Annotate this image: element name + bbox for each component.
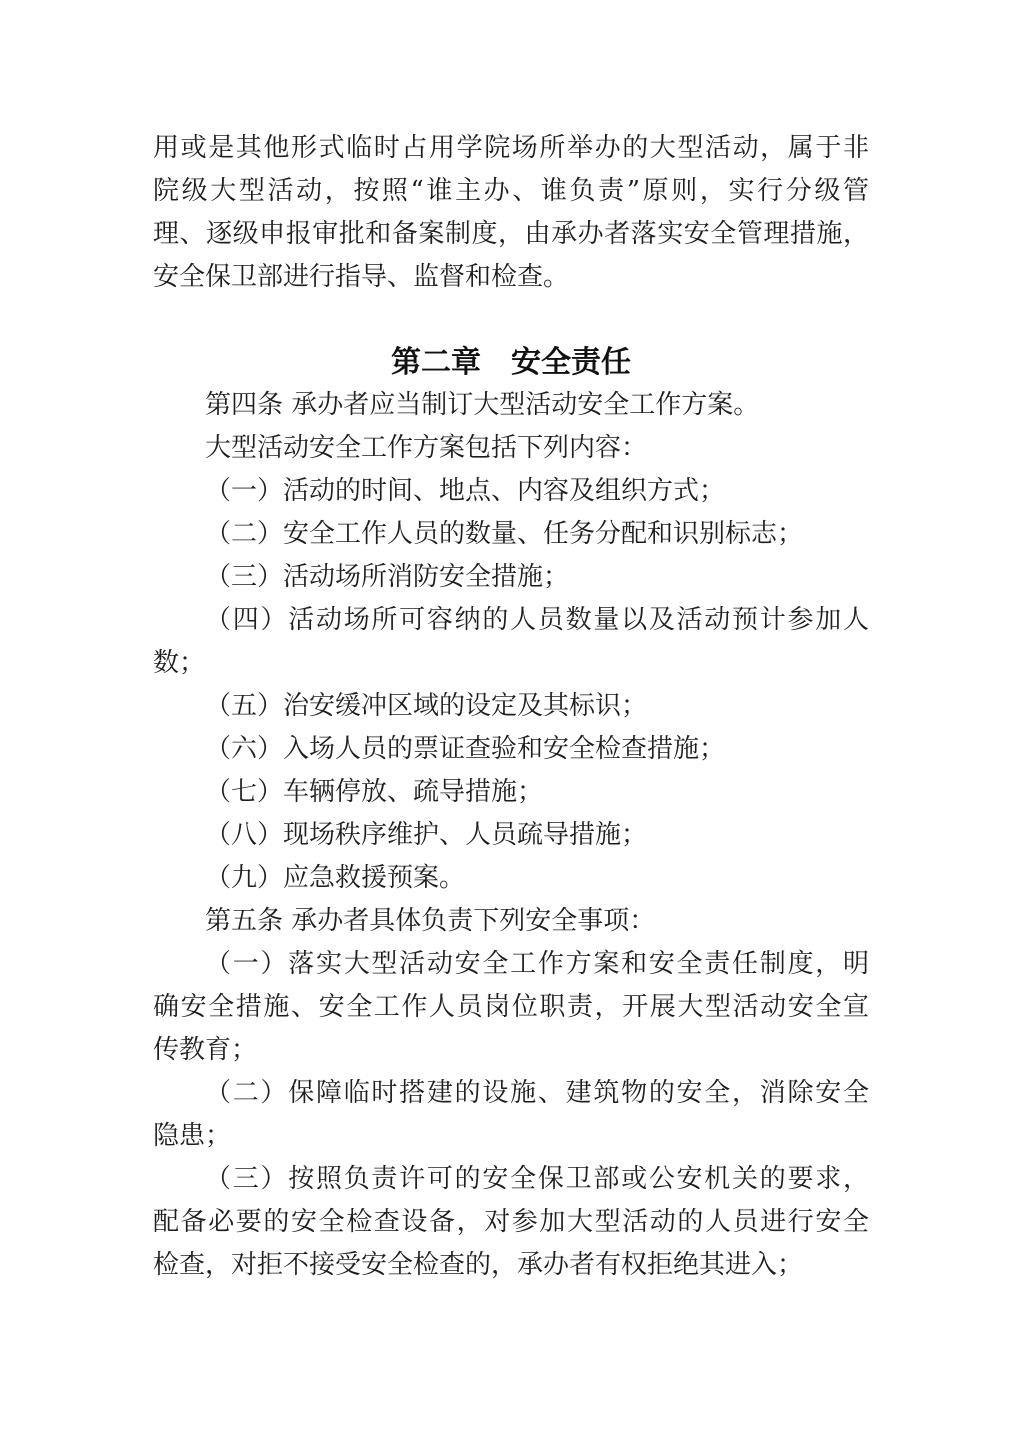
clause-line: 第四条 承办者应当制订大型活动安全工作方案。 xyxy=(153,384,869,427)
body-line: 用或是其他形式临时占用学院场所举办的大型活动，属于非 xyxy=(153,127,869,170)
list-item-line: 检查，对拒不接受安全检查的，承办者有权拒绝其进入； xyxy=(153,1244,869,1287)
list-item-line: （四）活动场所可容纳的人员数量以及活动预计参加人 xyxy=(153,599,869,642)
chapter-heading: 第二章 安全责任 xyxy=(153,341,869,384)
list-item-line: 数； xyxy=(153,642,869,685)
list-item-line: （一）活动的时间、地点、内容及组织方式； xyxy=(153,470,869,513)
body-line: 大型活动安全工作方案包括下列内容： xyxy=(153,427,869,470)
list-item-line: （五）治安缓冲区域的设定及其标识； xyxy=(153,685,869,728)
clause-line: 第五条 承办者具体负责下列安全事项： xyxy=(153,900,869,943)
list-item-line: 隐患； xyxy=(153,1115,869,1158)
list-item-line: （七）车辆停放、疏导措施； xyxy=(153,771,869,814)
list-item-line: （二）保障临时搭建的设施、建筑物的安全，消除安全 xyxy=(153,1072,869,1115)
body-line: 安全保卫部进行指导、监督和检查。 xyxy=(153,256,869,299)
list-item-line: （九）应急救援预案。 xyxy=(153,857,869,900)
list-item-line: （六）入场人员的票证查验和安全检查措施； xyxy=(153,728,869,771)
text-block: 用或是其他形式临时占用学院场所举办的大型活动，属于非 院级大型活动，按照“谁主办… xyxy=(153,127,869,1287)
list-item-line: （一）落实大型活动安全工作方案和安全责任制度，明 xyxy=(153,943,869,986)
list-item-line: 配备必要的安全检查设备，对参加大型活动的人员进行安全 xyxy=(153,1201,869,1244)
list-item-line: （二）安全工作人员的数量、任务分配和识别标志； xyxy=(153,513,869,556)
list-item-line: 确安全措施、安全工作人员岗位职责，开展大型活动安全宣 xyxy=(153,986,869,1029)
body-line: 理、逐级申报审批和备案制度，由承办者落实安全管理措施， xyxy=(153,213,869,256)
body-line: 院级大型活动，按照“谁主办、谁负责”原则，实行分级管 xyxy=(153,170,869,213)
list-item-line: （八）现场秩序维护、人员疏导措施； xyxy=(153,814,869,857)
list-item-line: 传教育； xyxy=(153,1029,869,1072)
list-item-line: （三）活动场所消防安全措施； xyxy=(153,556,869,599)
list-item-line: （三）按照负责许可的安全保卫部或公安机关的要求， xyxy=(153,1158,869,1201)
document-page: 用或是其他形式临时占用学院场所举办的大型活动，属于非 院级大型活动，按照“谁主办… xyxy=(0,0,1024,1448)
